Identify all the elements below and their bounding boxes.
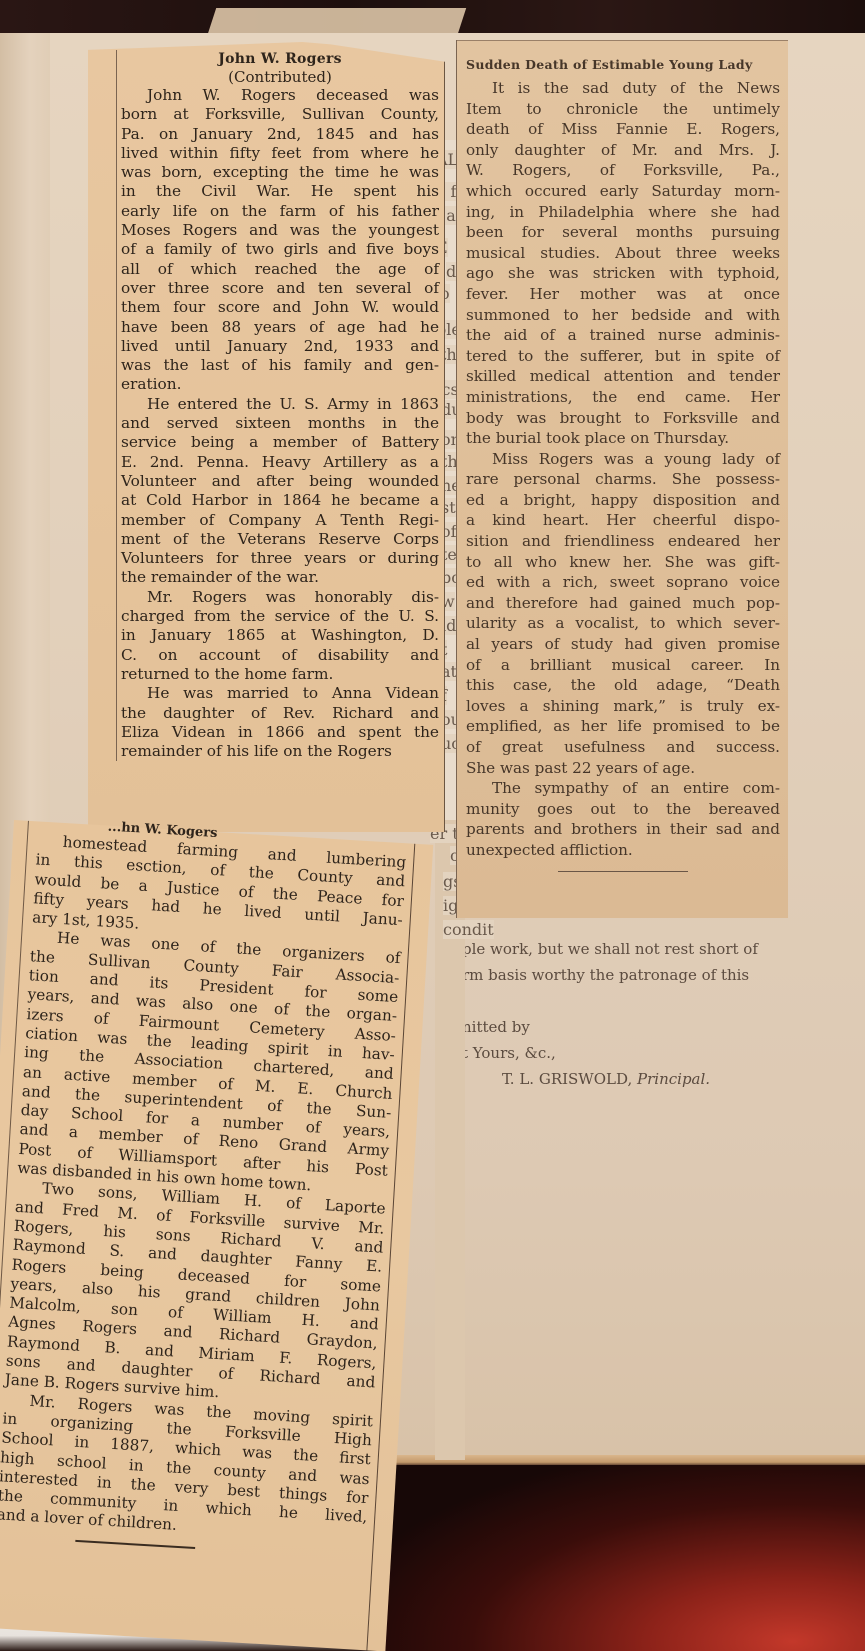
text-line: was the last of his family and gen- bbox=[121, 356, 439, 375]
book-line: rm basis worthy the patronage of this bbox=[462, 962, 822, 988]
text-line: eration. bbox=[121, 375, 439, 394]
signature-name: T. L. GRISWOLD, bbox=[502, 1070, 632, 1088]
text-line: Volunteers for three years or during bbox=[121, 549, 439, 568]
book-signature: T. L. GRISWOLD, Principal. bbox=[462, 1066, 822, 1092]
text-line: She was past 22 years of age. bbox=[466, 758, 780, 779]
text-line: in the Civil War. He spent his bbox=[121, 182, 439, 201]
text-line: tered to the sufferer, but in spite of bbox=[466, 346, 780, 367]
text-line: only daughter of Mr. and Mrs. J. bbox=[466, 140, 780, 161]
text-line: Pa. on January 2nd, 1845 and has bbox=[121, 125, 439, 144]
paragraph: Mr. Rogers was the moving spiritin organ… bbox=[0, 1390, 374, 1547]
text-line: a kind heart. Her cheerful dispo- bbox=[466, 510, 780, 531]
paragraph: He was married to Anna Videanthe daughte… bbox=[121, 684, 439, 761]
clipping-obituary: John W. Rogers (Contributed) John W. Rog… bbox=[88, 42, 445, 832]
text-line: of a brilliant musical career. In bbox=[466, 655, 780, 676]
text-line: the remainder of the war. bbox=[121, 568, 439, 587]
text-line: C. on account of disability and bbox=[121, 646, 439, 665]
text-line: al years of study had given promise bbox=[466, 634, 780, 655]
signature-title: Principal. bbox=[637, 1070, 710, 1088]
paragraph: Two sons, William H. of Laporteand Fred … bbox=[4, 1178, 386, 1412]
text-line: He was married to Anna Videan bbox=[121, 684, 439, 703]
text-line: returned to the home farm. bbox=[121, 665, 439, 684]
paragraph: Miss Rogers was a young lady ofrare pers… bbox=[466, 449, 780, 779]
text-line: fever. Her mother was at once bbox=[466, 284, 780, 305]
text-line: at Cold Harbor in 1864 he became a bbox=[121, 491, 439, 510]
paragraph: He entered the U. S. Army in 1863and ser… bbox=[121, 395, 439, 588]
torn-paper-flap bbox=[208, 8, 466, 34]
text-line: ago she was stricken with typhoid, bbox=[466, 263, 780, 284]
text-line: ed with a rich, sweet soprano voice bbox=[466, 572, 780, 593]
text-line: W. Rogers, of Forksville, Pa., bbox=[466, 160, 780, 181]
book-line: ple work, but we shall not rest short of bbox=[462, 936, 822, 962]
text-line: lived within fifty feet from where he bbox=[121, 144, 439, 163]
obituary-body: John W. Rogers deceased wasborn at Forks… bbox=[121, 86, 439, 761]
closing-rule bbox=[558, 871, 688, 872]
text-line: the burial took place on Thursday. bbox=[466, 428, 780, 449]
text-line: He entered the U. S. Army in 1863 bbox=[121, 395, 439, 414]
text-line: musical studies. About three weeks bbox=[466, 243, 780, 264]
text-line: emplified, as her life promised to be bbox=[466, 716, 780, 737]
text-line: of a family of two girls and five boys bbox=[121, 240, 439, 259]
text-line: which occured early Saturday morn- bbox=[466, 181, 780, 202]
text-line: and therefore had gained much pop- bbox=[466, 593, 780, 614]
text-line: Volunteer and after being wounded bbox=[121, 472, 439, 491]
text-line: and served sixteen months in the bbox=[121, 414, 439, 433]
text-line: this case, the old adage, “Death bbox=[466, 675, 780, 696]
text-line: unexpected affliction. bbox=[466, 840, 780, 861]
fannie-headline: Sudden Death of Estimable Young Lady bbox=[466, 56, 780, 74]
text-line: over three score and ten several of bbox=[121, 279, 439, 298]
text-line: body was brought to Forksville and bbox=[466, 408, 780, 429]
book-line: nitted by bbox=[462, 1014, 822, 1040]
text-line: early life on the farm of his father bbox=[121, 202, 439, 221]
text-line: all of which reached the age of bbox=[121, 260, 439, 279]
text-line: death of Miss Fannie E. Rogers, bbox=[466, 119, 780, 140]
book-page-text: ple work, but we shall not rest short of… bbox=[462, 936, 822, 1092]
text-line: them four score and John W. would bbox=[121, 298, 439, 317]
text-line: parents and brothers in their sad and bbox=[466, 819, 780, 840]
text-line: rare personal charms. She possess- bbox=[466, 469, 780, 490]
text-line: John W. Rogers deceased was bbox=[121, 86, 439, 105]
paragraph: He was one of the organizers ofthe Sulli… bbox=[17, 928, 401, 1200]
book-line bbox=[462, 988, 822, 1014]
clipping-fannie-rogers: Sudden Death of Estimable Young Lady It … bbox=[456, 40, 788, 918]
text-line: been for several months pursuing bbox=[466, 222, 780, 243]
text-line: ularity as a vocalist, to which sever- bbox=[466, 613, 780, 634]
text-line: loves a shining mark,” is truly ex- bbox=[466, 696, 780, 717]
clipping-obituary-continued: ...hn W. Kogers homestead farming and lu… bbox=[0, 820, 433, 1651]
text-line: Mr. Rogers was honorably dis- bbox=[121, 588, 439, 607]
text-line: have been 88 years of age had he bbox=[121, 318, 439, 337]
text-line: Eliza Videan in 1866 and spent the bbox=[121, 723, 439, 742]
text-line: member of Company A Tenth Regi- bbox=[121, 511, 439, 530]
text-line: born at Forksville, Sullivan County, bbox=[121, 105, 439, 124]
text-line: Moses Rogers and was the youngest bbox=[121, 221, 439, 240]
text-line: sition and friendliness endeared her bbox=[466, 531, 780, 552]
text-line: to all who knew her. She was gift- bbox=[466, 552, 780, 573]
clipping-top-rule bbox=[456, 40, 788, 41]
paragraph: John W. Rogers deceased wasborn at Forks… bbox=[121, 86, 439, 395]
text-line: ministrations, the end came. Her bbox=[466, 387, 780, 408]
fannie-body: It is the sad duty of the NewsItem to ch… bbox=[466, 78, 780, 861]
text-line: lived until January 2nd, 1933 and bbox=[121, 337, 439, 356]
book-line: t Yours, &c., bbox=[462, 1040, 822, 1066]
margin-fragment: condit bbox=[443, 920, 494, 939]
text-line: service being a member of Battery bbox=[121, 433, 439, 452]
clipping-left-rule bbox=[456, 40, 457, 918]
text-line: ed a bright, happy disposition and bbox=[466, 490, 780, 511]
text-line: was born, excepting the time he was bbox=[121, 163, 439, 182]
obituary-subhead: (Contributed) bbox=[121, 68, 439, 86]
paragraph: The sympathy of an entire com-munity goe… bbox=[466, 778, 780, 860]
text-line: skilled medical attention and tender bbox=[466, 366, 780, 387]
red-fabric-background bbox=[380, 1465, 865, 1651]
text-line: the daughter of Rev. Richard and bbox=[121, 704, 439, 723]
text-line: It is the sad duty of the News bbox=[466, 78, 780, 99]
text-line: Miss Rogers was a young lady of bbox=[466, 449, 780, 470]
text-line: ing, in Philadelphia where she had bbox=[466, 202, 780, 223]
text-line: summoned to her bedside and with bbox=[466, 305, 780, 326]
text-line: charged from the service of the U. S. bbox=[121, 607, 439, 626]
text-line: E. 2nd. Penna. Heavy Artillery as a bbox=[121, 453, 439, 472]
paragraph: Mr. Rogers was honorably dis-charged fro… bbox=[121, 588, 439, 684]
text-line: remainder of his life on the Rogers bbox=[121, 742, 439, 761]
continued-body: homestead farming and lumberingin this e… bbox=[0, 831, 407, 1546]
paragraph: It is the sad duty of the NewsItem to ch… bbox=[466, 78, 780, 449]
text-line: Item to chronicle the untimely bbox=[466, 99, 780, 120]
text-line: in January 1865 at Washington, D. bbox=[121, 626, 439, 645]
text-line: of great usefulness and success. bbox=[466, 737, 780, 758]
text-line: ment of the Veterans Reserve Corps bbox=[121, 530, 439, 549]
closing-rule bbox=[75, 1540, 195, 1549]
text-line: munity goes out to the bereaved bbox=[466, 799, 780, 820]
text-line: the aid of a trained nurse adminis- bbox=[466, 325, 780, 346]
text-line: The sympathy of an entire com- bbox=[466, 778, 780, 799]
